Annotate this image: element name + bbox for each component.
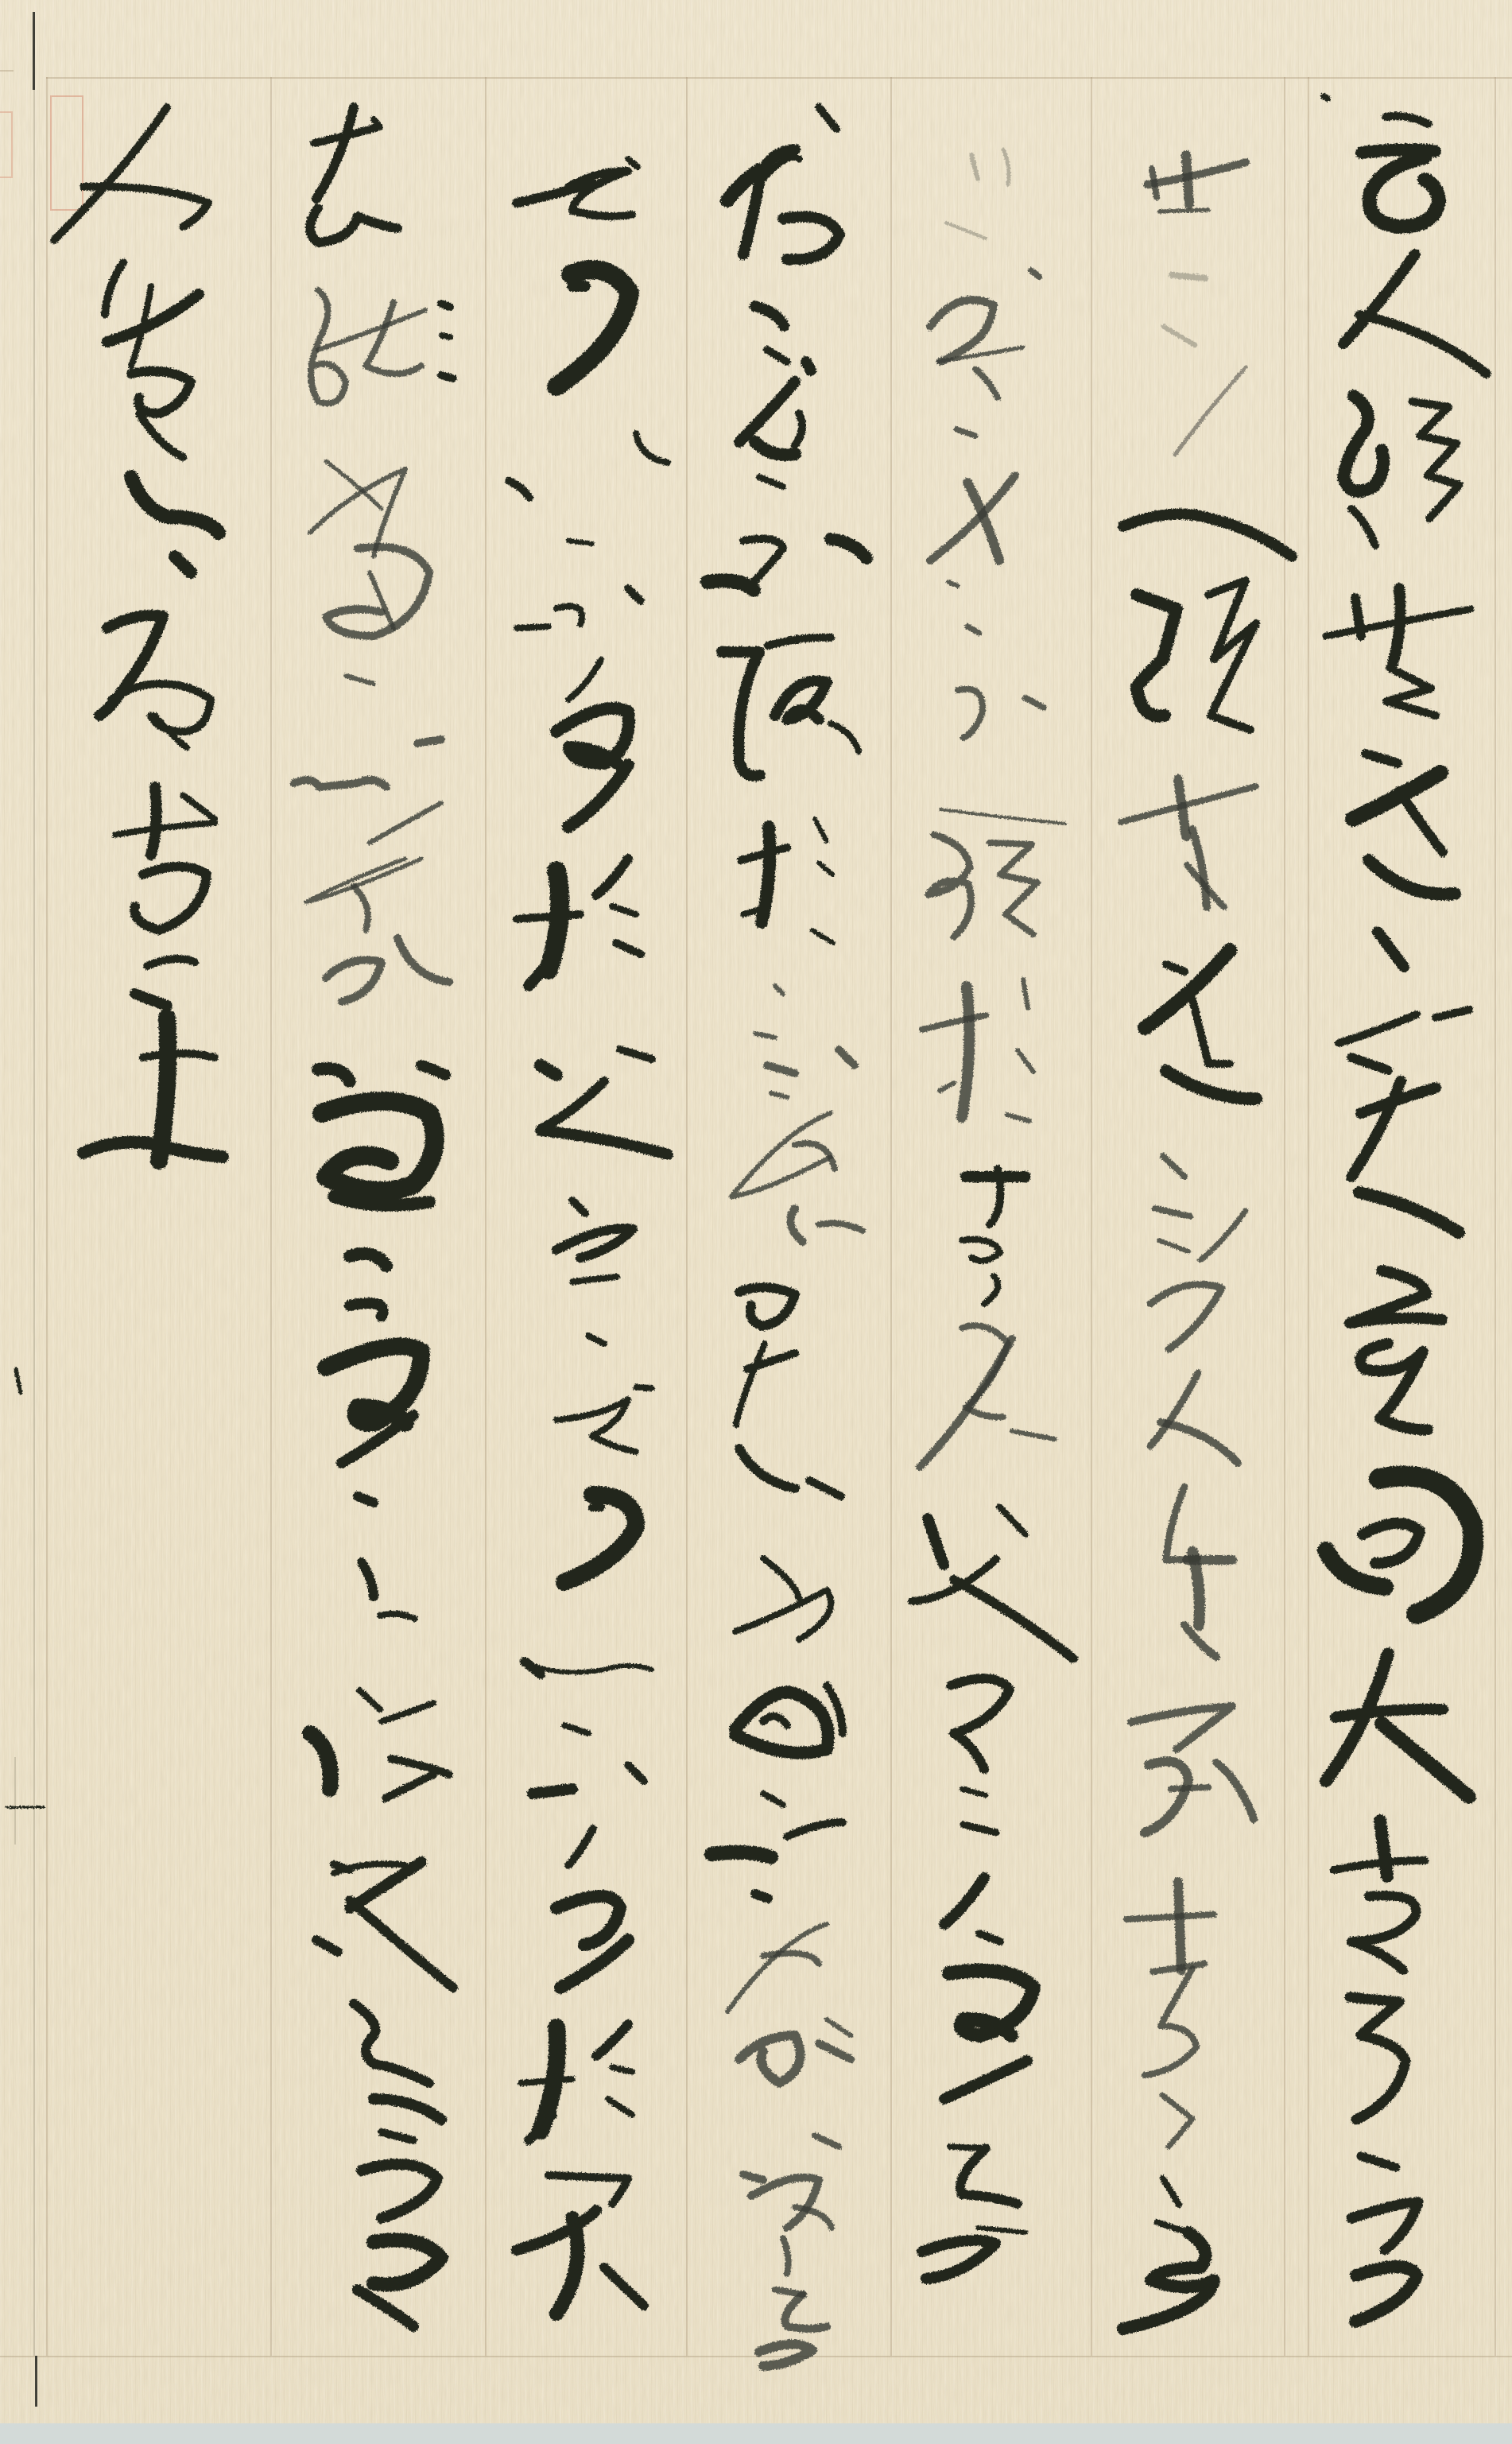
character-text: 以 <box>553 436 627 519</box>
character-text: 為 <box>71 615 215 784</box>
character-text: 失 <box>1113 1316 1272 1501</box>
calligraphy-character: 為 <box>71 615 215 784</box>
calligraphy-character: 子 <box>915 2145 1064 2319</box>
calligraphy-character: 無 <box>1326 588 1471 743</box>
character-text: 不 <box>715 474 859 642</box>
calligraphy-character: 子 <box>740 2290 835 2400</box>
character-text: 不 <box>542 545 634 653</box>
text-column: 五 人 雖 無 <box>1324 116 1490 2360</box>
calligraphy-character: 國 <box>1324 1475 1483 1660</box>
character-text: 五 <box>1344 118 1462 254</box>
calligraphy-character: 臣 <box>1147 138 1246 239</box>
character-text: 不 <box>729 1798 845 1934</box>
character-text: 不 <box>309 682 437 831</box>
calligraphy-character: 爭 <box>509 1829 668 2037</box>
character-text: 於 <box>919 991 1061 1156</box>
character-text: 身 <box>708 312 866 497</box>
calligraphy-character: 不 <box>533 1724 644 1821</box>
character-text: 故 <box>708 1364 866 1549</box>
calligraphy-character: 之 <box>297 1496 450 1678</box>
character-text: 父 <box>301 1849 446 2018</box>
calligraphy-character: 雖 <box>1113 580 1272 796</box>
calligraphy-character: 大 <box>1324 1654 1483 1847</box>
calligraphy-character: 不 <box>708 474 866 642</box>
calligraphy-character: 其 <box>1324 1270 1490 1469</box>
character-text: 三 <box>1146 269 1239 376</box>
character-text: 不 <box>546 1724 630 1821</box>
calligraphy-character: 人 <box>1340 254 1487 405</box>
text-column: 友 則 身 不 <box>910 128 1073 2319</box>
calligraphy-character: 不 <box>1146 1156 1238 1263</box>
calligraphy-character: 又 <box>54 107 211 273</box>
calligraphy-character: 則 <box>708 107 866 304</box>
calligraphy-character: 三 <box>1146 269 1239 376</box>
calligraphy-character: 名 <box>911 1326 1068 1512</box>
character-text: 於 <box>514 861 663 1035</box>
calligraphy-character: 於 <box>521 2024 653 2174</box>
calligraphy-character: 於 <box>919 980 1061 1156</box>
calligraphy-character: 不 <box>727 986 855 1126</box>
calligraphy-character: 雖 <box>1328 396 1479 583</box>
calligraphy-character: 父 <box>517 1045 668 1211</box>
calligraphy-character: 臣 <box>533 1193 644 1323</box>
character-text: 不 <box>1359 989 1447 1091</box>
punctuation-mark: 、 <box>1371 930 1411 976</box>
character-text: 不 <box>727 987 847 1126</box>
calligraphy-layer: 五 人 雖 無 <box>0 0 1512 2444</box>
calligraphy-character: 當 <box>294 461 453 674</box>
calligraphy-character: 令 <box>294 2164 453 2364</box>
calligraphy-character: 道 <box>1328 754 1479 934</box>
calligraphy-character: 友 <box>930 128 1049 266</box>
character-text: 人 <box>1113 412 1272 597</box>
calligraphy-character: 爭 <box>1324 2156 1483 2360</box>
calligraphy-character: 五 <box>1344 116 1462 254</box>
calligraphy-character: 則 <box>297 1065 450 1253</box>
calligraphy-character: 然 <box>309 290 439 443</box>
character-text: 爭 <box>1115 2187 1269 2366</box>
calligraphy-character: 令 <box>920 1169 1060 1337</box>
character-text: 子 <box>915 2145 1064 2319</box>
calligraphy-character: 有 <box>1332 1997 1475 2165</box>
character-text: 名 <box>911 1329 1068 1511</box>
calligraphy-character: 夫 <box>1324 1821 1483 2010</box>
calligraphy-character: 於 <box>514 859 663 1035</box>
deletion-dots: ⁝ <box>434 304 459 401</box>
calligraphy-character: 則 <box>926 270 1053 428</box>
character-text: 無 <box>1122 783 1266 949</box>
calligraphy-character: 故 <box>303 107 445 283</box>
mark-text: ⁝ <box>434 308 459 401</box>
calligraphy-character: 父 <box>910 1507 1073 1704</box>
calligraphy-character: 有 <box>910 1678 1069 1881</box>
calligraphy-character: 父 <box>301 1849 453 2018</box>
calligraphy-character: 可 <box>525 270 652 419</box>
calligraphy-character: 失 <box>1328 1081 1479 1268</box>
calligraphy-character: 之 <box>302 2004 446 2178</box>
character-text: 有 <box>910 1696 1069 1881</box>
calligraphy-character: 君 <box>513 2175 665 2355</box>
calligraphy-character: 於 <box>715 819 859 992</box>
calligraphy-character: 家 <box>1115 1701 1270 1881</box>
calligraphy-character: 不 <box>294 676 441 831</box>
character-text: 當 <box>708 1612 866 1798</box>
character-text: 爭 <box>910 1958 1069 2143</box>
character-text: 不 <box>519 1339 657 1499</box>
character-text: 義 <box>708 1141 866 1326</box>
character-text: 夫 <box>1324 1825 1483 2010</box>
calligraphy-character: 不 <box>711 1794 845 1934</box>
calligraphy-character: 爭 <box>509 660 668 875</box>
character-text: 以 <box>556 1620 622 1694</box>
calligraphy-character: 道 <box>1113 950 1272 1151</box>
calligraphy-character: 不 <box>933 627 1047 766</box>
calligraphy-character: 身 <box>708 306 866 497</box>
calligraphy-character: 無 <box>1121 779 1266 949</box>
calligraphy-character: 離 <box>922 809 1065 970</box>
calligraphy-character: 可 <box>539 1495 638 1612</box>
character-text: 有 <box>1113 2000 1272 2185</box>
calligraphy-character: 不 <box>519 1336 657 1499</box>
character-text: 君 <box>513 2178 665 2355</box>
calligraphy-character: 從 <box>297 1676 452 1853</box>
calligraphy-character: 爭 <box>1115 2178 1269 2366</box>
calligraphy-character: 陷 <box>711 638 863 817</box>
manuscript-page: 五 人 雖 無 <box>0 0 1512 2444</box>
calligraphy-character: 其 <box>1113 1487 1279 1696</box>
text-column: 則 身 不 <box>708 107 866 2400</box>
character-text: 士 <box>1148 1889 1237 1992</box>
character-text: 友 <box>930 128 1049 266</box>
character-text: 孝 <box>64 823 223 1008</box>
calligraphy-character: 身 <box>910 429 1069 624</box>
